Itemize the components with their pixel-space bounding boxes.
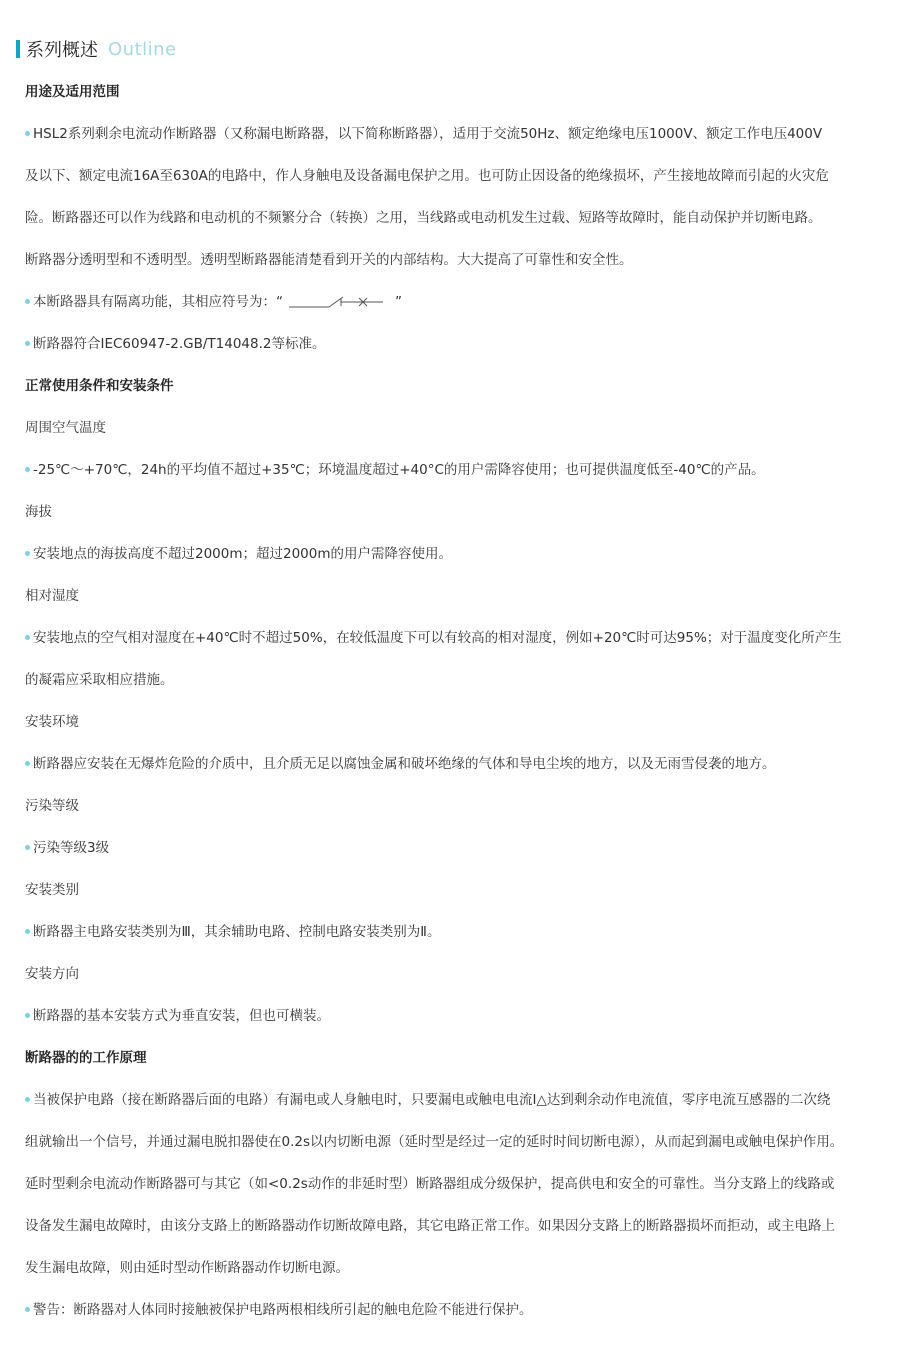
paragraph-line: HSL2系列剩余电流动作断路器（又称漏电断路器，以下简称断路器），适用于交流50… xyxy=(25,120,885,162)
section-header: 系列概述 Outline xyxy=(16,38,177,60)
document-body: 用途及适用范围 HSL2系列剩余电流动作断路器（又称漏电断路器，以下简称断路器）… xyxy=(25,78,885,1338)
isolation-symbol-line: 本断路器具有隔离功能，其相应符号为：“” xyxy=(25,288,885,330)
section-subtitle: Outline xyxy=(108,39,177,60)
isolator-symbol-icon xyxy=(287,295,391,309)
bullet-icon xyxy=(25,635,30,640)
paragraph-line: 断路器主电路安装类别为Ⅲ，其余辅助电路、控制电路安装类别为Ⅱ。 xyxy=(25,918,885,960)
bullet-icon xyxy=(25,299,30,304)
paragraph-line: 断路器符合IEC60947-2.GB/T14048.2等标准。 xyxy=(25,330,885,372)
label-environment: 安装环境 xyxy=(25,708,885,750)
label-humidity: 相对湿度 xyxy=(25,582,885,624)
paragraph-line: 断路器分透明型和不透明型。透明型断路器能清楚看到开关的内部结构。大大提高了可靠性… xyxy=(25,246,885,288)
bullet-icon xyxy=(25,131,30,136)
label-pollution: 污染等级 xyxy=(25,792,885,834)
paragraph-line: 断路器的基本安装方式为垂直安装，但也可横装。 xyxy=(25,1002,885,1044)
heading-usage: 用途及适用范围 xyxy=(25,78,885,120)
bullet-icon xyxy=(25,551,30,556)
label-altitude: 海拔 xyxy=(25,498,885,540)
paragraph-line: 险。断路器还可以作为线路和电动机的不频繁分合（转换）之用，当线路或电动机发生过载… xyxy=(25,204,885,246)
paragraph-line: 污染等级3级 xyxy=(25,834,885,876)
paragraph-line: -25℃～+70℃，24h的平均值不超过+35℃；环境温度超过+40°C的用户需… xyxy=(25,456,885,498)
paragraph-line: 设备发生漏电故障时，由该分支路上的断路器动作切断故障电路，其它电路正常工作。如果… xyxy=(25,1212,885,1254)
bullet-icon xyxy=(25,761,30,766)
paragraph-line: 延时型剩余电流动作断路器可与其它（如<0.2s动作的非延时型）断路器组成分级保护… xyxy=(25,1170,885,1212)
warning-line: 警告：断路器对人体同时接触被保护电路两根相线所引起的触电危险不能进行保护。 xyxy=(25,1296,885,1338)
section-title: 系列概述 xyxy=(26,36,98,62)
paragraph-line: 的凝霜应采取相应措施。 xyxy=(25,666,885,708)
bullet-icon xyxy=(25,341,30,346)
bullet-icon xyxy=(25,1097,30,1102)
paragraph-line: 发生漏电故障，则由延时型动作断路器动作切断电源。 xyxy=(25,1254,885,1296)
accent-bar xyxy=(16,40,20,58)
label-temperature: 周围空气温度 xyxy=(25,414,885,456)
bullet-icon xyxy=(25,929,30,934)
label-direction: 安装方向 xyxy=(25,960,885,1002)
paragraph-line: 及以下、额定电流16A至630A的电路中，作人身触电及设备漏电保护之用。也可防止… xyxy=(25,162,885,204)
bullet-icon xyxy=(25,1307,30,1312)
heading-conditions: 正常使用条件和安装条件 xyxy=(25,372,885,414)
bullet-icon xyxy=(25,1013,30,1018)
paragraph-line: 安装地点的海拔高度不超过2000m；超过2000m的用户需降容使用。 xyxy=(25,540,885,582)
heading-working-principle: 断路器的的工作原理 xyxy=(25,1044,885,1086)
paragraph-line: 当被保护电路（接在断路器后面的电路）有漏电或人身触电时，只要漏电或触电电流I△达… xyxy=(25,1086,885,1128)
paragraph-line: 安装地点的空气相对湿度在+40℃时不超过50%，在较低温度下可以有较高的相对湿度… xyxy=(25,624,885,666)
bullet-icon xyxy=(25,467,30,472)
paragraph-line: 断路器应安装在无爆炸危险的介质中，且介质无足以腐蚀金属和破坏绝缘的气体和导电尘埃… xyxy=(25,750,885,792)
paragraph-line: 组就输出一个信号，并通过漏电脱扣器使在0.2s以内切断电源（延时型是经过一定的延… xyxy=(25,1128,885,1170)
bullet-icon xyxy=(25,845,30,850)
label-category: 安装类别 xyxy=(25,876,885,918)
